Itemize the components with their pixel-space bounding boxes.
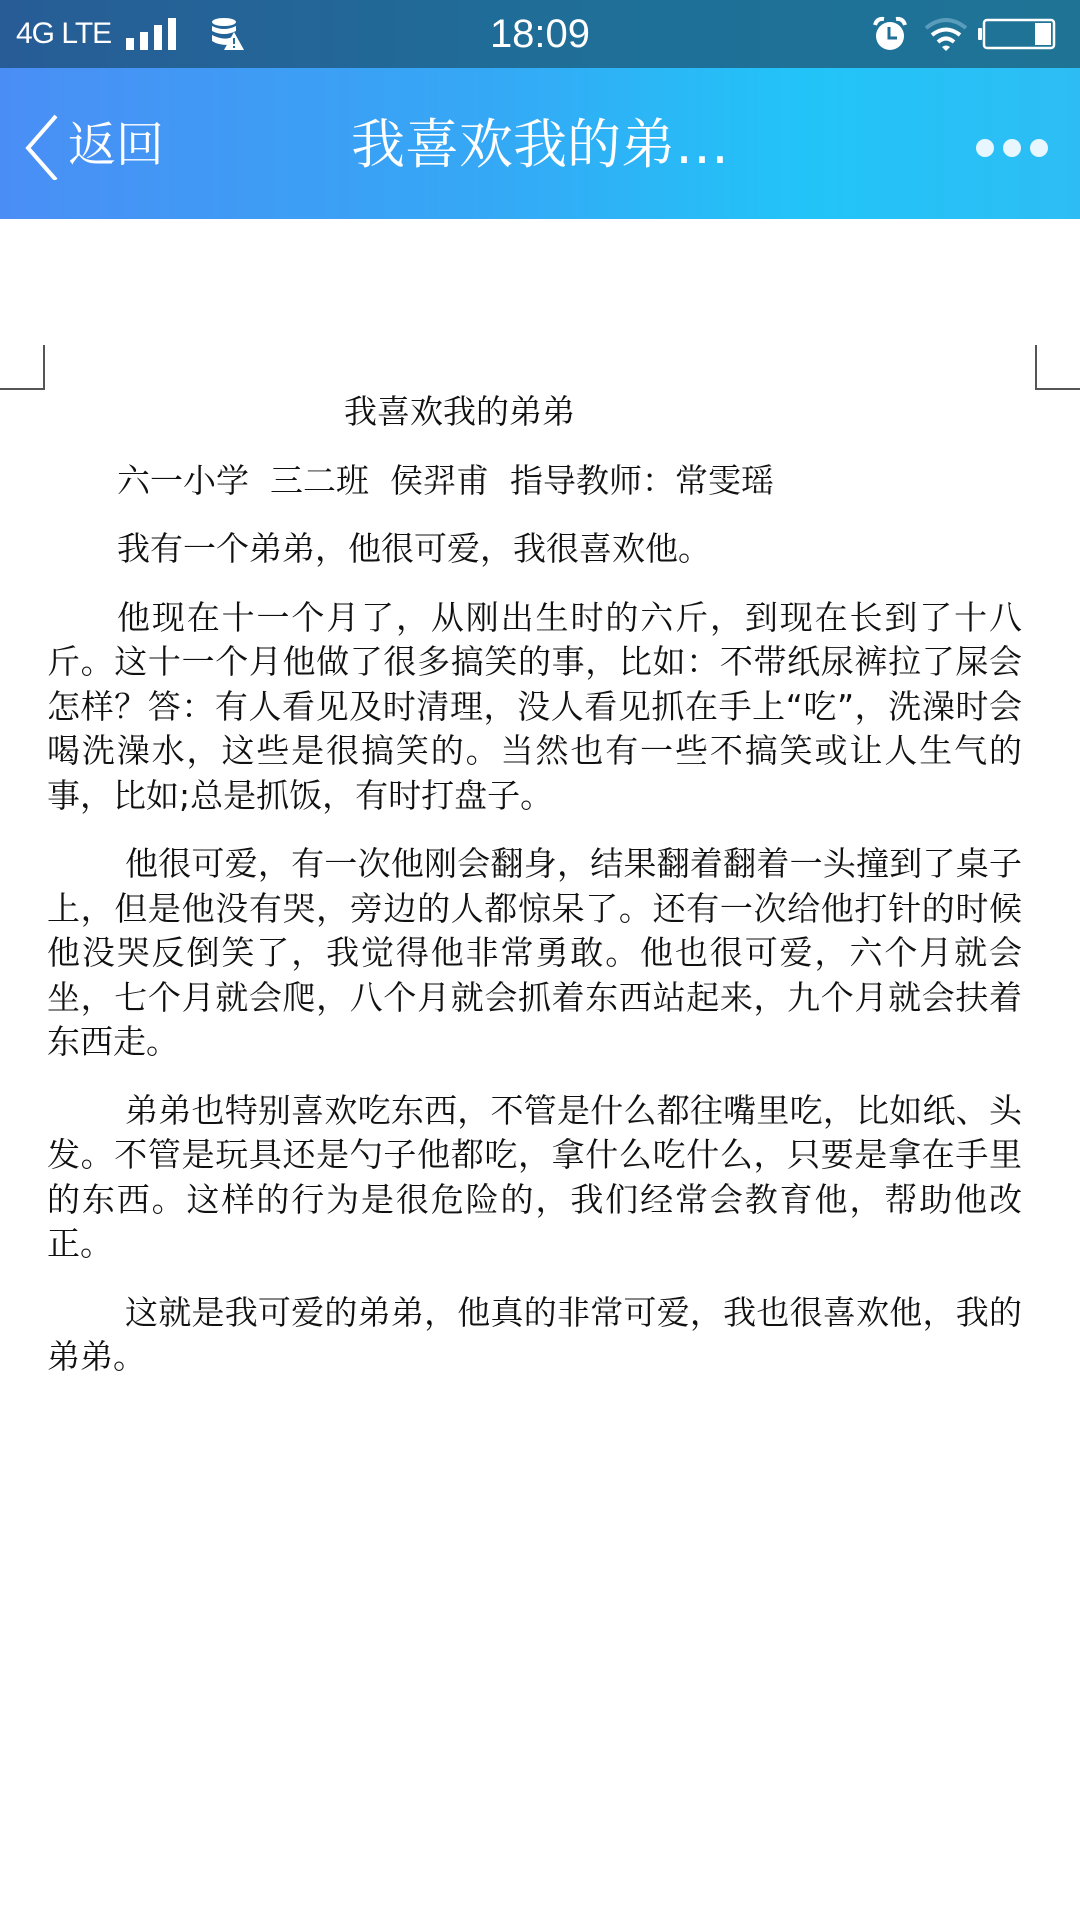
paragraph: 这就是我可爱的弟弟，他真的非常可爱，我也很喜欢他，我的弟弟。 — [47, 1291, 1022, 1380]
document-title: 我喜欢我的弟弟 — [47, 390, 872, 435]
more-dots-icon — [976, 139, 994, 157]
clock: 18:09 — [0, 12, 1080, 56]
more-options-button[interactable] — [976, 128, 1048, 168]
document-byline: 六一小学 三二班 侯羿甫 指导教师：常雯瑶 — [47, 459, 1022, 504]
page-margin-corner-right — [1035, 345, 1080, 390]
navigation-bar: 返回 我喜欢我的弟… — [0, 68, 1080, 219]
status-bar: 4G LTE 18:09 — [0, 0, 1080, 68]
paragraph: 我有一个弟弟，他很可爱，我很喜欢他。 — [47, 527, 1022, 572]
page-title: 我喜欢我的弟… — [0, 110, 1080, 180]
page-margin-corner-left — [0, 345, 45, 390]
wifi-icon — [924, 16, 968, 52]
more-dots-icon — [1030, 139, 1048, 157]
paragraph: 他现在十一个月了，从刚出生时的六斤，到现在长到了十八斤。这十一个月他做了很多搞笑… — [47, 596, 1022, 819]
more-dots-icon — [1003, 139, 1021, 157]
paragraph: 弟弟也特别喜欢吃东西，不管是什么都往嘴里吃，比如纸、头发。不管是玩具还是勺子他都… — [47, 1089, 1022, 1267]
paragraph: 他很可爱，有一次他刚会翻身，结果翻着翻着一头撞到了桌子上，但是他没有哭，旁边的人… — [47, 842, 1022, 1065]
alarm-clock-icon — [872, 16, 908, 52]
document-viewer[interactable]: 我喜欢我的弟弟 六一小学 三二班 侯羿甫 指导教师：常雯瑶 我有一个弟弟，他很可… — [0, 219, 1080, 1920]
document-body: 我喜欢我的弟弟 六一小学 三二班 侯羿甫 指导教师：常雯瑶 我有一个弟弟，他很可… — [47, 390, 1022, 1404]
battery-icon — [978, 18, 1058, 50]
